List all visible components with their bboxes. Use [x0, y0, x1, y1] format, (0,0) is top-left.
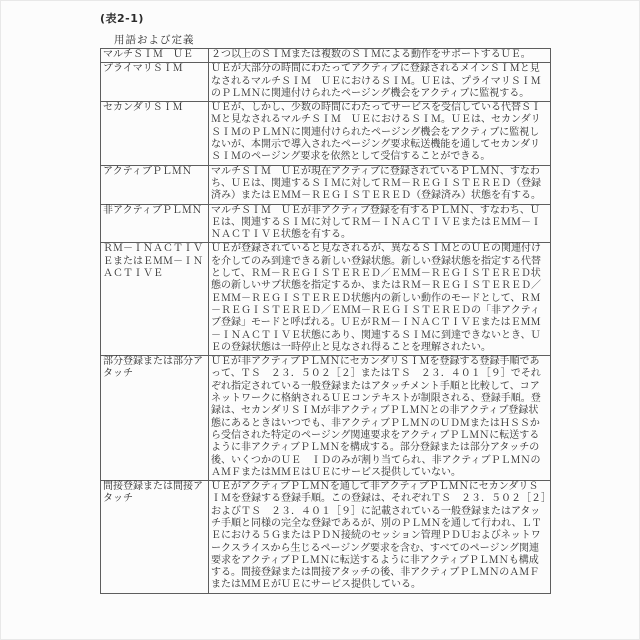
term-cell: マルチＳＩＭ ＵＥ — [101, 49, 209, 63]
term-cell: プライマリＳＩＭ — [101, 63, 209, 102]
term-cell: アクティブＰＬＭＮ — [101, 165, 209, 204]
table-row: セカンダリＳＩＭ ＵＥが、しかし、少数の時間にわたってサービスを受信している代替… — [101, 102, 551, 165]
definition-cell: ＵＥが、しかし、少数の時間にわたってサービスを受信している代替ＳＩＭと見なされる… — [209, 102, 551, 165]
definition-cell: ＵＥが大部分の時間にわたってアクティブに登録されるメインＳＩＭと見なされるマルチ… — [209, 63, 551, 102]
term-cell: 間接登録または間接アタッチ — [101, 481, 209, 594]
term-cell: 部分登録または部分アタッチ — [101, 356, 209, 481]
table-row: プライマリＳＩＭ ＵＥが大部分の時間にわたってアクティブに登録されるメインＳＩＭ… — [101, 63, 551, 102]
terms-definitions-table: マルチＳＩＭ ＵＥ ２つ以上のＳＩＭまたは複数のＳＩＭによる動作をサポートするＵ… — [100, 48, 551, 594]
definition-cell: ２つ以上のＳＩＭまたは複数のＳＩＭによる動作をサポートするＵＥ。 — [209, 49, 551, 63]
definition-cell: マルチＳＩＭ ＵＥが非アクティブ登録を有するＰＬＭＮ、すなわち、ＵＥは、関連する… — [209, 204, 551, 243]
term-cell: ＲＭ－ＩＮＡＣＴＩＶＥまたはＥＭＭ－ＩＮＡＣＴＩＶＥ — [101, 243, 209, 356]
table-row: マルチＳＩＭ ＵＥ ２つ以上のＳＩＭまたは複数のＳＩＭによる動作をサポートするＵ… — [101, 49, 551, 63]
definition-cell: ＵＥが非アクティブＰＬＭＮにセカンダリＳＩＭを登録する登録手順であって、ＴＳ ２… — [209, 356, 551, 481]
table-caption: 用語および定義 — [114, 32, 548, 47]
document-page: (表2-1) 用語および定義 マルチＳＩＭ ＵＥ ２つ以上のＳＩＭまたは複数のＳ… — [0, 0, 640, 640]
definition-cell: ＵＥがアクティブＰＬＭＮを通して非アクティブＰＬＭＮにセカンダリＳＩＭを登録する… — [209, 481, 551, 594]
table-row: 間接登録または間接アタッチ ＵＥがアクティブＰＬＭＮを通して非アクティブＰＬＭＮ… — [101, 481, 551, 594]
table-row: アクティブＰＬＭＮ マルチＳＩＭ ＵＥが現在アクティブに登録されているＰＬＭＮ、… — [101, 165, 551, 204]
figure-label: (表2-1) — [100, 10, 548, 26]
definition-cell: ＵＥが登録されていると見なされるが、異なるＳＩＭとのＵＥの関連付けを介してのみ到… — [209, 243, 551, 356]
definition-cell: マルチＳＩＭ ＵＥが現在アクティブに登録されているＰＬＭＮ、すなわち、ＵＥは、関… — [209, 165, 551, 204]
term-cell: セカンダリＳＩＭ — [101, 102, 209, 165]
table-row: 非アクティブＰＬＭＮ マルチＳＩＭ ＵＥが非アクティブ登録を有するＰＬＭＮ、すな… — [101, 204, 551, 243]
table-row: 部分登録または部分アタッチ ＵＥが非アクティブＰＬＭＮにセカンダリＳＩＭを登録す… — [101, 356, 551, 481]
table-row: ＲＭ－ＩＮＡＣＴＩＶＥまたはＥＭＭ－ＩＮＡＣＴＩＶＥ ＵＥが登録されていると見な… — [101, 243, 551, 356]
term-cell: 非アクティブＰＬＭＮ — [101, 204, 209, 243]
document-body: (表2-1) 用語および定義 マルチＳＩＭ ＵＥ ２つ以上のＳＩＭまたは複数のＳ… — [100, 10, 548, 594]
